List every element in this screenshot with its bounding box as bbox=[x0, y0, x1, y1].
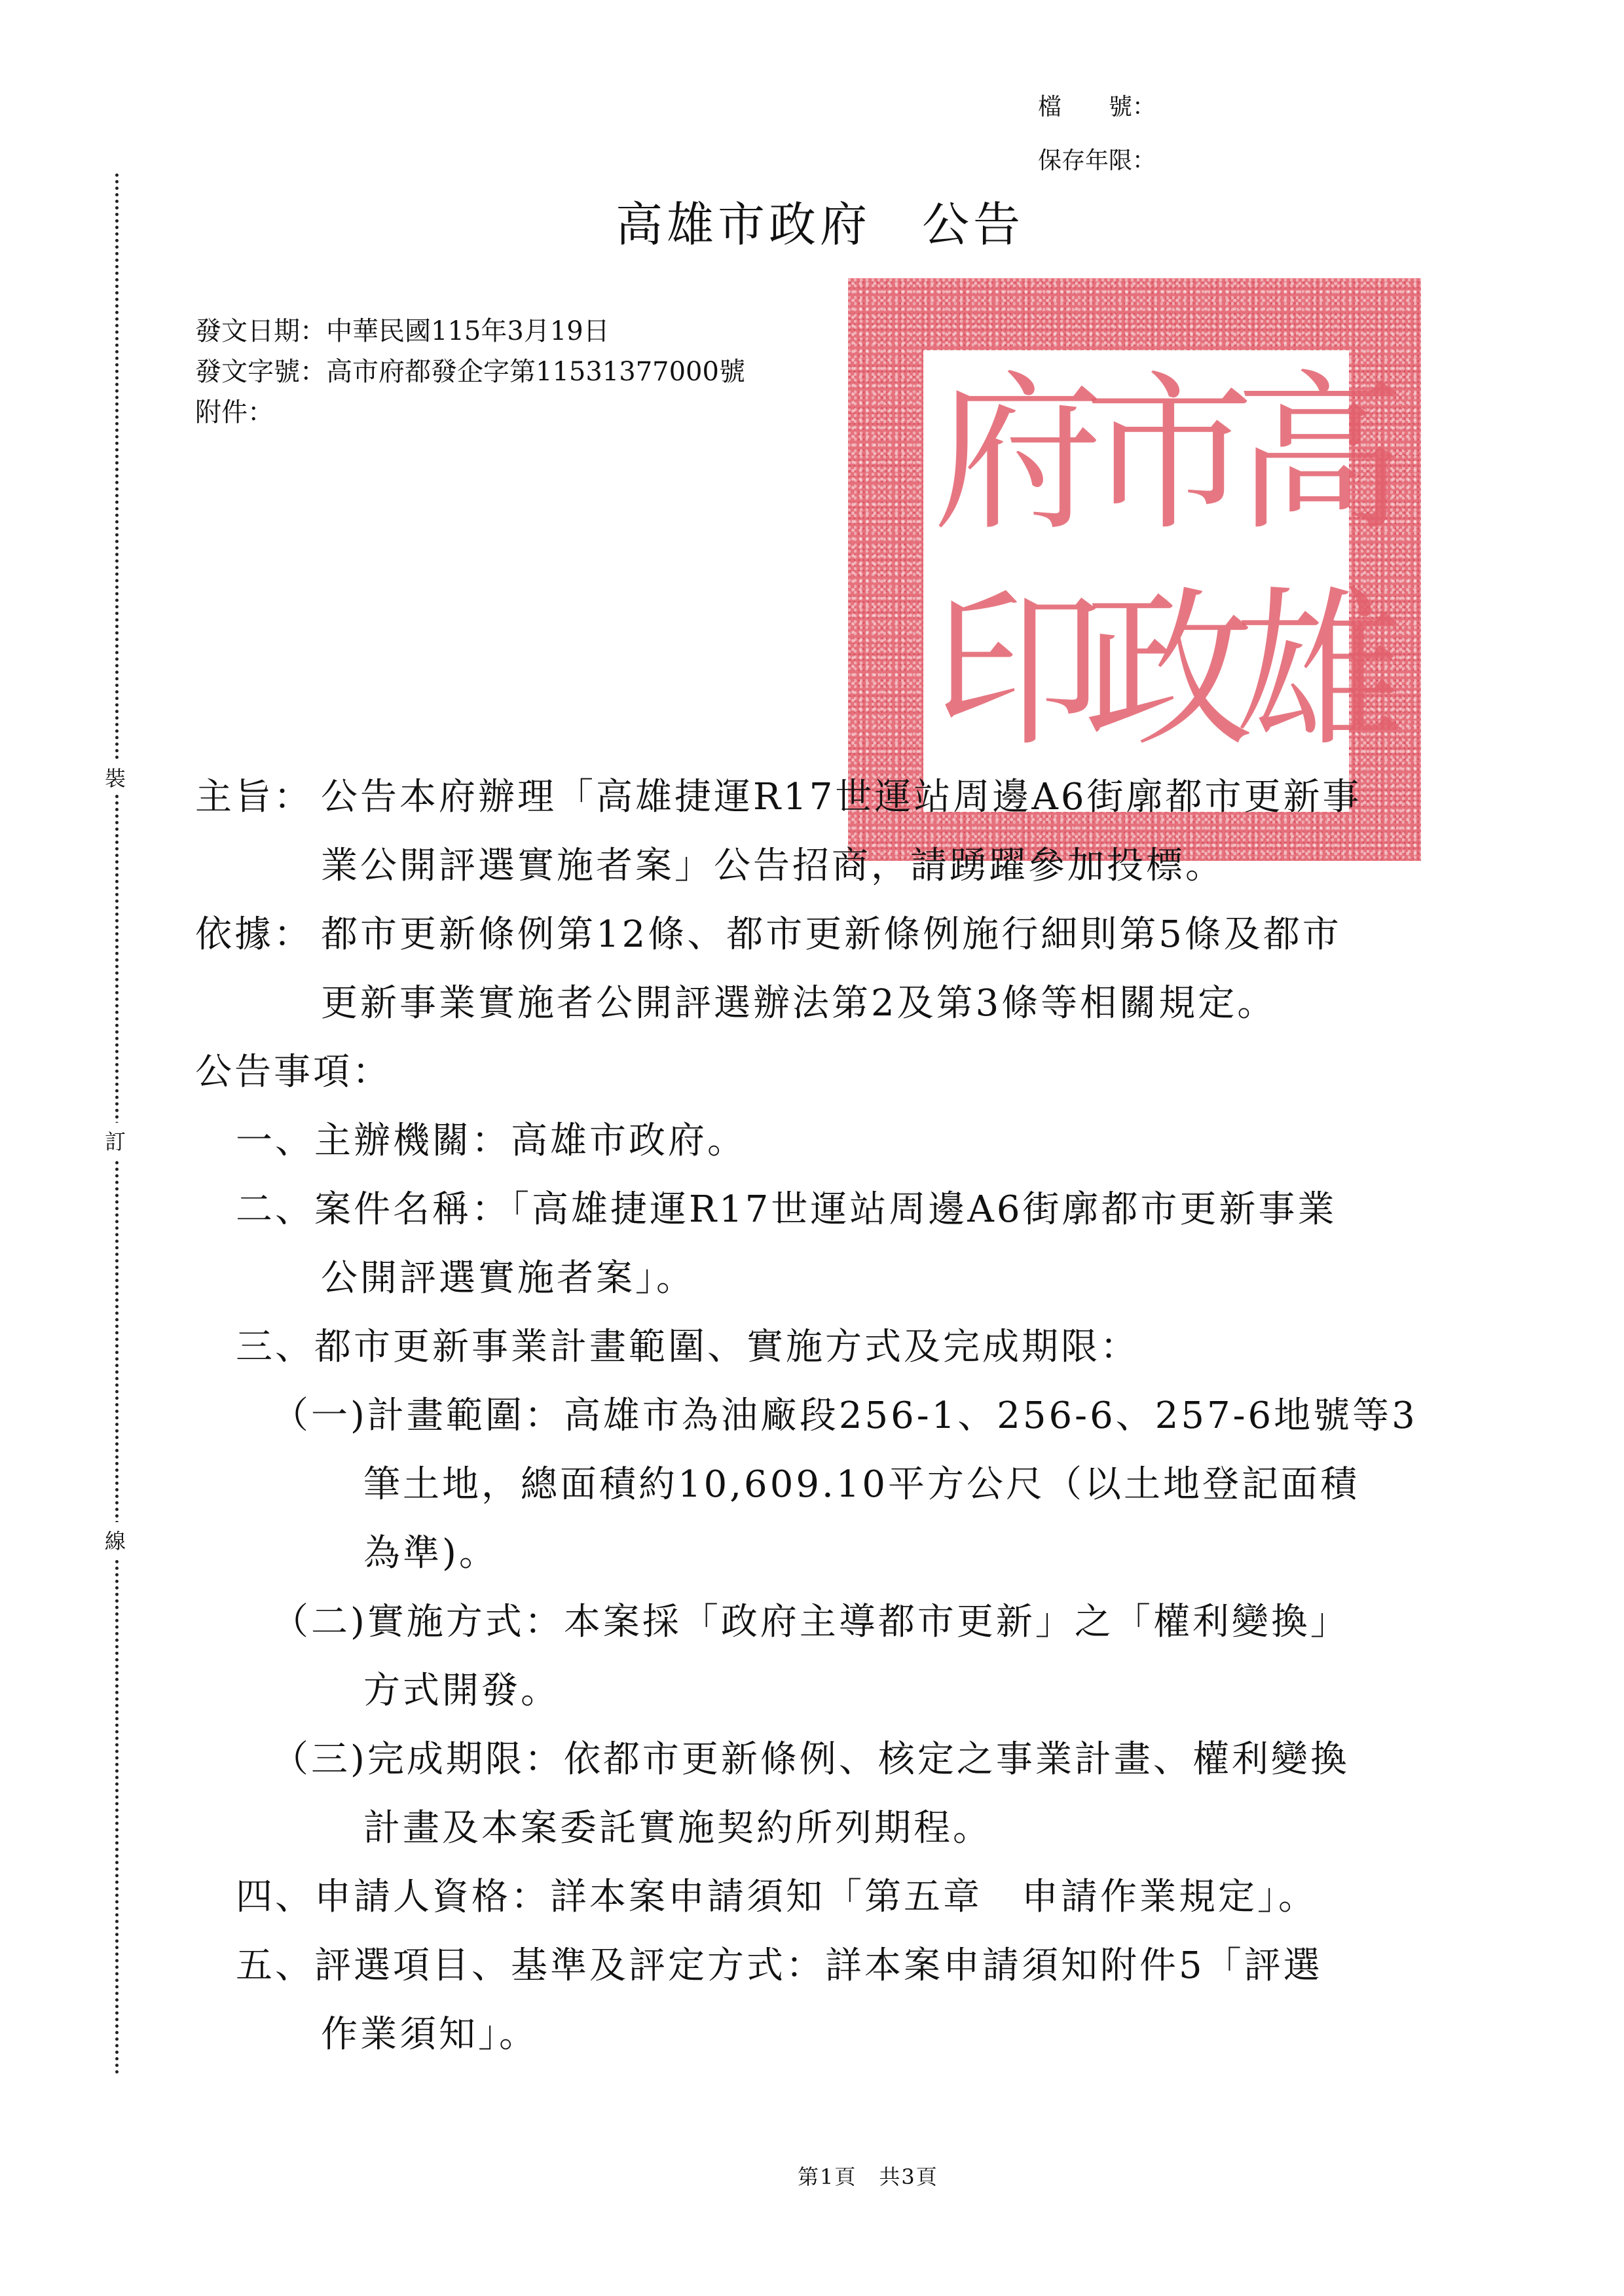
item-3-1-line-1: （一)計畫範圍：高雄市為油廠段256-1、256-6、257-6地號等3 bbox=[272, 1396, 1418, 1436]
item-5-line-1: 五、評選項目、基準及評定方式：詳本案申請須知附件5「評選 bbox=[236, 1946, 1323, 1986]
binding-char-xian: 線 bbox=[105, 1522, 126, 1558]
seal-char-2: 雄 bbox=[1234, 586, 1405, 756]
issue-doc-number: 發文字號：高市府都發企字第11531377000號 bbox=[195, 354, 745, 390]
item-3-2-line-1: （二)實施方式：本案採「政府主導都市更新」之「權利變換」 bbox=[272, 1603, 1350, 1642]
item-2-line-1: 二、案件名稱：「高雄捷運R17世運站周邊A6街廓都市更新事業 bbox=[236, 1190, 1337, 1230]
file-number-label: 檔 號： bbox=[1038, 92, 1156, 123]
binding-char-zhuang: 裝 bbox=[105, 759, 126, 795]
seal-char-4: 政 bbox=[1084, 586, 1254, 756]
seal-char-6: 印 bbox=[933, 586, 1103, 756]
basis-line-2: 更新事業實施者公開評選辦法第2及第3條等相關規定。 bbox=[321, 984, 1276, 1023]
attachment-label: 附件： bbox=[195, 394, 274, 431]
seal-char-3: 市 bbox=[1084, 370, 1254, 540]
subject-line-2: 業公開評選實施者案」公告招商，請踴躍參加投標。 bbox=[321, 847, 1225, 886]
page-title: 高雄市政府 公告 bbox=[616, 187, 1024, 255]
binding-char-ding: 訂 bbox=[105, 1123, 126, 1158]
basis-label: 依據： bbox=[195, 915, 313, 955]
item-3-3-line-1: （三)完成期限：依都市更新條例、核定之事業計畫、權利變換 bbox=[272, 1740, 1350, 1779]
item-3-2-line-2: 方式開發。 bbox=[363, 1671, 560, 1711]
subject-line-1: 公告本府辦理「高雄捷運R17世運站周邊A6街廓都市更新事 bbox=[321, 778, 1362, 817]
seal-glyphs: 高 雄 市 政 府 印 bbox=[848, 278, 1421, 861]
page-indicator: 第1頁 共3頁 bbox=[798, 2160, 938, 2191]
issue-date: 發文日期：中華民國115年3月19日 bbox=[195, 313, 610, 350]
item-4-line-1: 四、申請人資格：詳本案申請須知「第五章 申請作業規定」。 bbox=[236, 1878, 1318, 1917]
official-seal: 高 雄 市 政 府 印 bbox=[848, 278, 1421, 861]
retention-period-label: 保存年限： bbox=[1038, 145, 1156, 177]
seal-char-5: 府 bbox=[933, 370, 1103, 540]
item-3-1-line-2: 筆土地，總面積約10,609.10平方公尺（以土地登記面積 bbox=[363, 1465, 1359, 1504]
item-1-line-1: 一、主辦機關：高雄市政府。 bbox=[236, 1121, 747, 1161]
item-3-3-line-2: 計畫及本案委託實施契約所列期程。 bbox=[363, 1809, 992, 1848]
seal-char-1: 高 bbox=[1234, 370, 1405, 540]
subject-label: 主旨： bbox=[195, 778, 313, 817]
items-heading: 公告事項： bbox=[195, 1053, 392, 1092]
item-5-line-2: 作業須知」。 bbox=[321, 2015, 538, 2054]
basis-line-1: 都市更新條例第12條、都市更新條例施行細則第5條及都市 bbox=[321, 915, 1342, 955]
item-3-line-1: 三、都市更新事業計畫範圍、實施方式及完成期限： bbox=[236, 1328, 1139, 1367]
item-3-1-line-3: 為準)。 bbox=[363, 1534, 498, 1573]
item-2-line-2: 公開評選實施者案」。 bbox=[321, 1259, 695, 1298]
